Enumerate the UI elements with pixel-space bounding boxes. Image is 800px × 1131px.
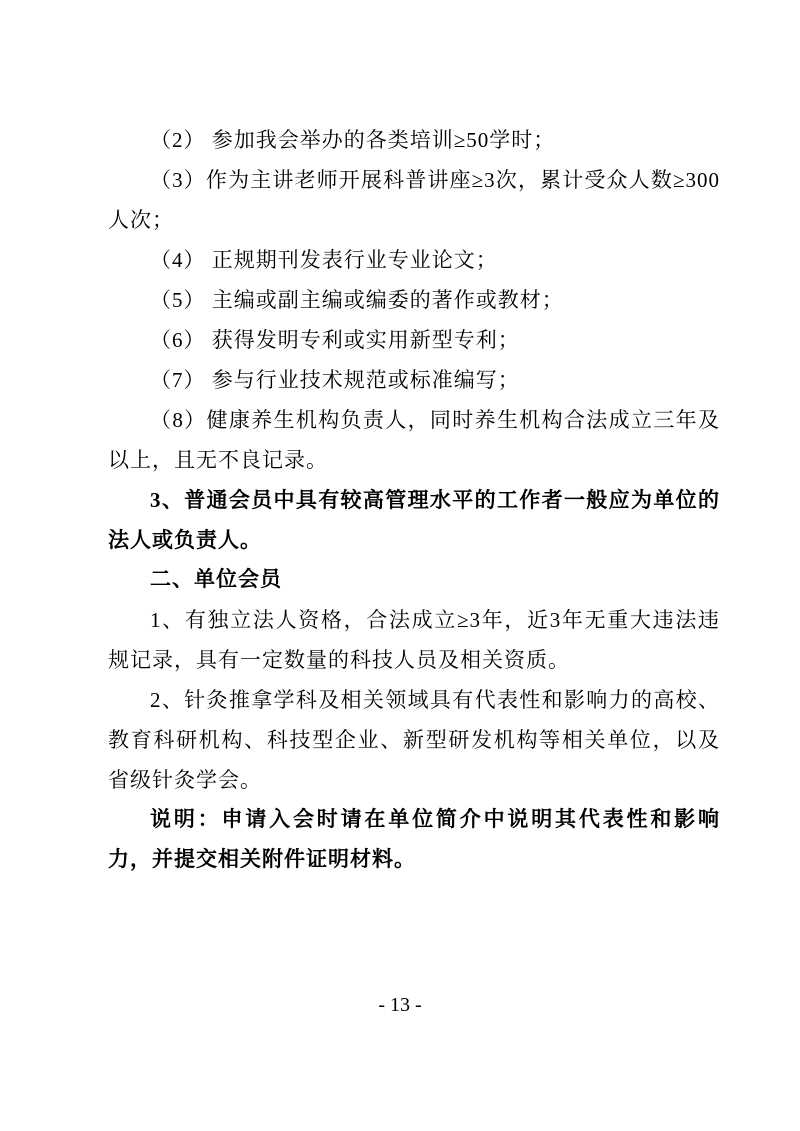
clause-item-2: （2） 参加我会举办的各类培训≥50学时； xyxy=(108,120,720,160)
unit-clause-1: 1、有独立法人资格，合法成立≥3年，近3年无重大违法违规记录，具有一定数量的科技… xyxy=(108,600,720,680)
clause-item-8: （8）健康养生机构负责人，同时养生机构合法成立三年及以上，且无不良记录。 xyxy=(108,400,720,480)
note-paragraph: 说明：申请入会时请在单位简介中说明其代表性和影响力，并提交相关附件证明材料。 xyxy=(108,800,720,880)
document-page: （2） 参加我会举办的各类培训≥50学时； （3）作为主讲老师开展科普讲座≥3次… xyxy=(0,0,800,1131)
section-heading-unit-member: 二、单位会员 xyxy=(108,560,720,600)
clause-item-4: （4） 正规期刊发表行业专业论文； xyxy=(108,240,720,280)
clause-item-7: （7） 参与行业技术规范或标准编写； xyxy=(108,360,720,400)
page-number: - 13 - xyxy=(0,990,800,1020)
emphasis-paragraph-manager-requirement: 3、普通会员中具有较高管理水平的工作者一般应为单位的法人或负责人。 xyxy=(108,480,720,560)
clause-item-6: （6） 获得发明专利或实用新型专利； xyxy=(108,320,720,360)
clause-item-3: （3）作为主讲老师开展科普讲座≥3次，累计受众人数≥300人次； xyxy=(108,160,720,240)
clause-item-5: （5） 主编或副主编或编委的著作或教材； xyxy=(108,280,720,320)
document-body: （2） 参加我会举办的各类培训≥50学时； （3）作为主讲老师开展科普讲座≥3次… xyxy=(108,120,720,880)
unit-clause-2: 2、针灸推拿学科及相关领域具有代表性和影响力的高校、教育科研机构、科技型企业、新… xyxy=(108,680,720,800)
